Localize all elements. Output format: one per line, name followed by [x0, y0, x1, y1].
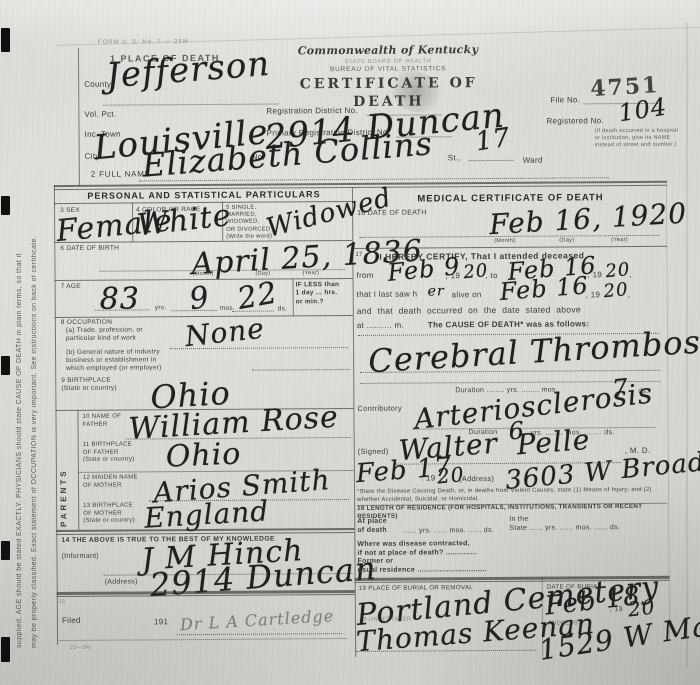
death-occurred-text: and that death occurred on the date stat… [357, 304, 581, 316]
contributory-label: Contributory [357, 404, 402, 414]
sign-year-print: . 19 [421, 473, 436, 483]
alive-date-handwritten: Feb 16 [499, 273, 590, 304]
ward-line [469, 159, 514, 161]
last-saw-pronoun-handwritten: er [428, 284, 445, 298]
age-yrs-line [95, 308, 150, 310]
informant-address-label: (Address) [105, 578, 138, 587]
filed-label: Filed [62, 616, 81, 626]
registered-no-label: Registered No. [546, 116, 604, 126]
signed-label: (Signed) [358, 447, 389, 457]
last-saw-label: that I last saw h [357, 290, 418, 300]
to-label: , to [486, 271, 498, 281]
bureau-line: BUREAU OF VITAL STATISTICS [293, 65, 483, 74]
registered-no-handwritten: 104 [617, 95, 669, 126]
in-state-label: In the State ...... yrs. ...... mos. ...… [509, 515, 667, 534]
physician-last-name-handwritten: Pelle [516, 426, 592, 460]
alive-comma: , [628, 290, 631, 300]
filed-no: 15 [59, 599, 66, 606]
scanned-death-certificate: supplied. AGE should be stated EXACTLY. … [0, 0, 700, 685]
father-name-label: 10 NAME OF FATHER [82, 414, 121, 429]
mother-name-label: 12 MAIDEN NAME OF MOTHER [83, 474, 138, 489]
age-yrs-unit: yrs. [155, 304, 167, 312]
at-time-label: at .......... m. [357, 321, 404, 331]
vol-pct-label: Vol. Pct. [84, 110, 116, 120]
age-label: 7 AGE [61, 283, 81, 291]
age-cell-divider [293, 278, 294, 315]
dod-day-sublabel: (Day) [559, 237, 574, 244]
registrar-signature-handwritten: Dr L A Cartledge [180, 608, 335, 633]
hospital-note: (If death occurred in a hospital or inst… [595, 128, 683, 149]
registrar-signature-line [177, 632, 342, 635]
mother-birthplace-handwritten: England [143, 497, 269, 532]
plate-number: 23—5M [70, 645, 91, 652]
top-left-border [78, 48, 80, 186]
father-birthplace-handwritten: Ohio [165, 439, 242, 472]
birthplace-label: 9 BIRTHPLACE (State or country) [61, 377, 117, 394]
commonwealth-title: Commonwealth of Kentucky [293, 43, 483, 58]
occupation-b-line [252, 368, 350, 371]
dod-month-sublabel: (Month) [494, 238, 515, 245]
to-comma: , [630, 270, 633, 280]
dob-month-sublabel: (Month) [192, 271, 213, 278]
from-label: from [357, 271, 374, 281]
left-border [54, 185, 58, 645]
occupation-a-line [170, 346, 348, 349]
disease-contracted-label: Where was disease contracted, if not at … [357, 540, 477, 558]
right-border [666, 181, 670, 641]
from-year-print: , 19 [446, 271, 461, 281]
age-note: IF LESS than 1 day ... hrs. or min.? [296, 281, 340, 307]
parents-inner-divider [77, 410, 79, 530]
certify-number: 17 [355, 252, 362, 260]
alive-year-print: , 19 [586, 290, 601, 300]
informant-divider-2 [56, 532, 354, 535]
burial-year-handwritten: 20 [627, 597, 657, 620]
date-of-death-label: 16 DATE OF DEATH [357, 209, 427, 218]
file-no-label: File No. [550, 95, 580, 105]
age-ds-line [232, 310, 274, 312]
at-place-dots: ...... yrs. ...... mos. ...... ds. [403, 527, 494, 536]
mother-birthplace-label: 13 BIRTHPLACE OF MOTHER (State or countr… [83, 503, 135, 526]
age-ds-unit: ds. [278, 305, 288, 313]
to-year-print: , 19 [588, 270, 603, 280]
certificate-form: FORM V. S. No. 7 — 25M 1 PLACE OF DEATH … [0, 0, 700, 685]
county-line [103, 102, 278, 105]
dob-year-sublabel: (Year) [302, 270, 319, 277]
informant-label: (Informant) [61, 553, 99, 562]
father-birthplace-label: 11 BIRTHPLACE OF FATHER (State or countr… [83, 442, 135, 465]
ward-handwritten: 17 [474, 125, 513, 156]
filed-year: 191 [154, 617, 168, 627]
st-label: St., [448, 153, 461, 163]
undertaker-line [356, 649, 536, 652]
dod-year-sublabel: (Year) [611, 237, 628, 244]
county-handwritten: Jefferson [105, 47, 271, 93]
filed-bottom-line [59, 638, 347, 641]
alive-year-handwritten: 20 [603, 281, 629, 301]
former-residence-label: Former or usual residence ..............… [358, 557, 487, 575]
ward-label: Ward [523, 156, 543, 166]
form-number: FORM V. S. No. 7 — 25M [98, 39, 189, 47]
occupation-b-label: (b) General nature of industry business … [66, 348, 162, 373]
parents-label: PARENTS [59, 427, 70, 527]
physician-address-label: (Address) [459, 474, 494, 484]
cause-of-death-intro: The CAUSE OF DEATH* was as follows: [428, 319, 590, 330]
dob-label: 6 DATE OF BIRTH [60, 245, 119, 254]
occupation-a-label: (a) Trade, profession, or particular kin… [66, 326, 143, 343]
color-race-handwritten: White [136, 201, 233, 241]
alive-on-label: alive on [452, 290, 482, 300]
age-mos-line [172, 309, 217, 311]
at-place-label: At place of death [357, 518, 387, 536]
burial-year-print: , 19 [610, 606, 623, 615]
